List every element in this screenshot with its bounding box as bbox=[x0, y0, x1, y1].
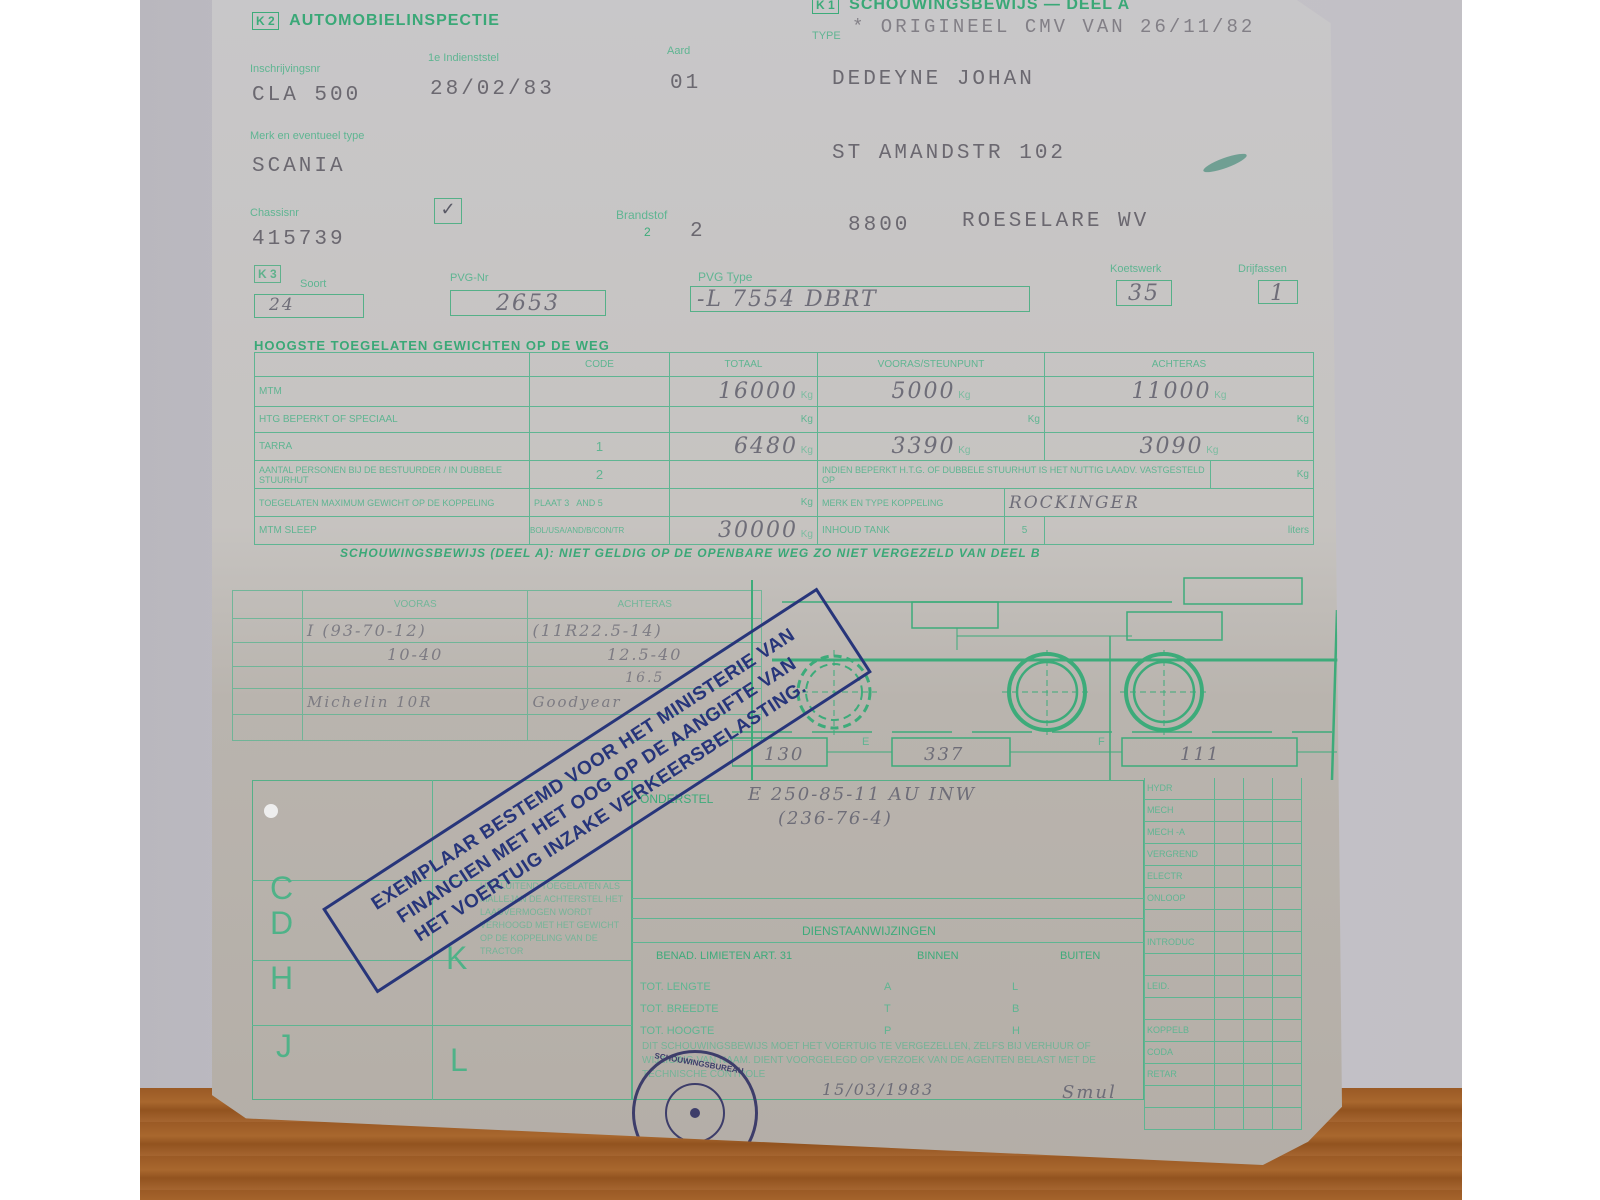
checklist-checkbox[interactable] bbox=[1215, 888, 1244, 909]
checklist-label: HYDR bbox=[1145, 778, 1215, 799]
service-date: 15/03/1983 bbox=[822, 1080, 934, 1099]
weights-table: CODE TOTAAL VOORAS/STEUNPUNT ACHTERAS MT… bbox=[254, 352, 1314, 545]
pvg-type-value: -L 7554 DBRT bbox=[697, 287, 878, 312]
checklist-label: RETAR bbox=[1145, 1064, 1215, 1085]
k2-section-header: K 2 AUTOMOBIELINSPECTIE bbox=[252, 12, 500, 30]
checklist-checkbox[interactable] bbox=[1215, 1064, 1244, 1085]
table-row: AANTAL PERSONEN BIJ DE BESTUURDER / IN D… bbox=[255, 461, 1314, 489]
k2-tag: K 2 bbox=[252, 12, 279, 30]
weights-header-row: CODE TOTAAL VOORAS/STEUNPUNT ACHTERAS bbox=[255, 353, 1314, 377]
service-heading: DIENSTAANWIJZINGEN bbox=[802, 924, 936, 938]
checklist-checkbox[interactable] bbox=[1244, 1108, 1273, 1129]
chassis-label: Chassisnr bbox=[250, 207, 299, 219]
k3-tag: K 3 bbox=[254, 265, 281, 283]
checklist-checkbox[interactable] bbox=[1215, 1086, 1244, 1107]
table-row: 10-4012.5-40 bbox=[233, 643, 762, 667]
owner-street: ST AMANDSTR 102 bbox=[832, 142, 1066, 165]
checklist-label: ONLOOP bbox=[1145, 888, 1215, 909]
checklist-grid: HYDRMECHMECH -AVERGRENDELECTRONLOOPINTRO… bbox=[1144, 778, 1302, 1138]
registration-value: CLA 500 bbox=[252, 84, 361, 107]
checklist-checkbox[interactable] bbox=[1244, 998, 1273, 1019]
owner-city: ROESELARE WV bbox=[962, 210, 1149, 233]
checklist-row: KOPPELB bbox=[1144, 1020, 1302, 1042]
checklist-checkbox[interactable] bbox=[1244, 954, 1273, 975]
dim-front-overhang: 130 bbox=[764, 744, 804, 765]
checklist-checkbox[interactable] bbox=[1273, 822, 1302, 843]
checklist-label: LEID. bbox=[1145, 976, 1215, 997]
checklist-checkbox[interactable] bbox=[1273, 1064, 1302, 1085]
koetswerk-label: Koetswerk bbox=[1110, 263, 1161, 275]
checklist-checkbox[interactable] bbox=[1244, 1086, 1273, 1107]
onderstel-value-2: (236-76-4) bbox=[778, 808, 893, 829]
checklist-checkbox[interactable] bbox=[1273, 954, 1302, 975]
make-label: Merk en eventueel type bbox=[250, 130, 364, 142]
checklist-row: VERGREND bbox=[1144, 844, 1302, 866]
checklist-label: MECH bbox=[1145, 800, 1215, 821]
category-letter-d: D bbox=[270, 905, 293, 942]
col-code: CODE bbox=[530, 353, 670, 377]
col-achteras: ACHTERAS bbox=[1045, 353, 1314, 377]
checklist-checkbox[interactable] bbox=[1273, 866, 1302, 887]
kind-value: 01 bbox=[670, 72, 701, 95]
checklist-label: VERGREND bbox=[1145, 844, 1215, 865]
checklist-checkbox[interactable] bbox=[1244, 800, 1273, 821]
checklist-checkbox[interactable] bbox=[1215, 932, 1244, 953]
first-use-date: 28/02/83 bbox=[430, 78, 555, 101]
kind-label: Aard bbox=[667, 45, 690, 57]
checklist-label bbox=[1145, 910, 1215, 931]
checklist-checkbox[interactable] bbox=[1215, 976, 1244, 997]
checklist-checkbox[interactable] bbox=[1244, 844, 1273, 865]
checklist-checkbox[interactable] bbox=[1215, 1042, 1244, 1063]
checklist-checkbox[interactable] bbox=[1215, 800, 1244, 821]
category-letter-h: H bbox=[270, 960, 293, 997]
checklist-row: MECH -A bbox=[1144, 822, 1302, 844]
checklist-checkbox[interactable] bbox=[1273, 932, 1302, 953]
checklist-label bbox=[1145, 998, 1215, 1019]
buiten-label: BUITEN bbox=[1060, 950, 1100, 962]
type-value: * ORIGINEEL CMV VAN 26/11/82 bbox=[852, 16, 1255, 38]
type-label: TYPE bbox=[812, 30, 841, 42]
soort-field: 24 bbox=[254, 294, 364, 318]
fuel-label: Brandstof bbox=[616, 208, 667, 222]
col-totaal: TOTAAL bbox=[670, 353, 818, 377]
table-row: I (93-70-12)(11R22.5-14) bbox=[233, 619, 762, 643]
checklist-checkbox[interactable] bbox=[1273, 976, 1302, 997]
binnen-label: BINNEN bbox=[917, 950, 959, 962]
checklist-row bbox=[1144, 910, 1302, 932]
category-letter-c: C bbox=[270, 870, 293, 907]
checklist-checkbox[interactable] bbox=[1215, 778, 1244, 799]
checklist-row: CODA bbox=[1144, 1042, 1302, 1064]
diagram-label-e: E bbox=[862, 736, 869, 748]
drijfassen-field: 1 bbox=[1258, 280, 1298, 304]
checklist-row: HYDR bbox=[1144, 778, 1302, 800]
checklist-checkbox[interactable] bbox=[1273, 1020, 1302, 1041]
checklist-row: LEID. bbox=[1144, 976, 1302, 998]
registration-label: Inschrijvingsnr bbox=[250, 63, 320, 75]
checklist-checkbox[interactable] bbox=[1215, 954, 1244, 975]
pvg-nr-label: PVG-Nr bbox=[450, 272, 489, 284]
k1-tag: K 1 bbox=[812, 0, 839, 14]
soort-value: 24 bbox=[269, 295, 295, 315]
checklist-checkbox[interactable] bbox=[1273, 1042, 1302, 1063]
checklist-checkbox[interactable] bbox=[1215, 844, 1244, 865]
k1-section-header: K 1 SCHOUWINGSBEWIJS — DEEL A bbox=[812, 0, 1130, 14]
table-row: HTG BEPERKT OF SPECIAAL Kg Kg Kg bbox=[255, 407, 1314, 433]
checklist-label bbox=[1145, 1086, 1215, 1107]
checklist-checkbox[interactable] bbox=[1215, 1108, 1244, 1129]
tow-code-grid: BOL/USA/AND/B/CON/TR bbox=[530, 517, 670, 545]
onderstel-value: E 250-85-11 AU INW bbox=[748, 784, 976, 805]
checklist-checkbox[interactable] bbox=[1215, 1020, 1244, 1041]
checklist-checkbox[interactable] bbox=[1244, 932, 1273, 953]
checklist-checkbox[interactable] bbox=[1244, 866, 1273, 887]
ink-smudge bbox=[1202, 150, 1249, 175]
checklist-row: ELECTR bbox=[1144, 866, 1302, 888]
checklist-row bbox=[1144, 998, 1302, 1020]
checklist-row bbox=[1144, 1108, 1302, 1130]
punch-hole bbox=[264, 804, 278, 818]
checklist-checkbox[interactable] bbox=[1273, 778, 1302, 799]
signature: Smul bbox=[1062, 1082, 1117, 1103]
checklist-label bbox=[1145, 1108, 1215, 1129]
checklist-label bbox=[1145, 954, 1215, 975]
checklist-checkbox[interactable] bbox=[1244, 1020, 1273, 1041]
table-row: TOEGELATEN MAXIMUM GEWICHT OP DE KOPPELI… bbox=[255, 489, 1314, 517]
checklist-checkbox[interactable] bbox=[1244, 888, 1273, 909]
checklist-checkbox[interactable] bbox=[1244, 778, 1273, 799]
weights-heading: HOOGSTE TOEGELATEN GEWICHTEN OP DE WEG bbox=[254, 338, 610, 353]
limits-label: BENAD. LIMIETEN ART. 31 bbox=[656, 950, 792, 962]
limits-rows: TOT. LENGTE TOT. BREEDTE TOT. HOOGTE bbox=[640, 976, 719, 1042]
checklist-checkbox[interactable] bbox=[1273, 888, 1302, 909]
pvg-type-field: -L 7554 DBRT bbox=[690, 286, 1030, 312]
checklist-label: INTRODUC bbox=[1145, 932, 1215, 953]
checklist-checkbox[interactable] bbox=[1244, 1042, 1273, 1063]
pvg-nr-value: 2653 bbox=[496, 291, 560, 316]
drijfassen-value: 1 bbox=[1270, 281, 1286, 306]
checklist-label: ELECTR bbox=[1145, 866, 1215, 887]
checklist-row: INTRODUC bbox=[1144, 932, 1302, 954]
checklist-checkbox[interactable] bbox=[1273, 1108, 1302, 1129]
checklist-checkbox[interactable] bbox=[1273, 1086, 1302, 1107]
checklist-row: ONLOOP bbox=[1144, 888, 1302, 910]
k1-title: SCHOUWINGSBEWIJS — DEEL A bbox=[849, 0, 1130, 13]
coupling-value: ROCKINGER bbox=[1009, 493, 1140, 513]
checklist-row bbox=[1144, 1086, 1302, 1108]
checklist-checkbox[interactable] bbox=[1273, 910, 1302, 931]
pvg-type-label: PVG Type bbox=[698, 270, 752, 284]
checklist-checkbox[interactable] bbox=[1215, 910, 1244, 931]
fuel-code: 2 bbox=[644, 225, 651, 239]
checklist-checkbox[interactable] bbox=[1273, 800, 1302, 821]
k2-title: AUTOMOBIELINSPECTIE bbox=[289, 12, 500, 29]
checklist-label: MECH -A bbox=[1145, 822, 1215, 843]
checklist-checkbox[interactable] bbox=[1244, 910, 1273, 931]
checklist-row bbox=[1144, 954, 1302, 976]
col-vooras: VOORAS/STEUNPUNT bbox=[818, 353, 1045, 377]
deel-a-validity-notice: SCHOUWINGSBEWIJS (DEEL A): NIET GELDIG O… bbox=[340, 546, 1041, 560]
checklist-checkbox[interactable] bbox=[1244, 1064, 1273, 1085]
checklist-checkbox[interactable] bbox=[1215, 998, 1244, 1019]
diagram-label-f: F bbox=[1098, 736, 1105, 748]
checklist-checkbox[interactable] bbox=[1273, 998, 1302, 1019]
checklist-row: MECH bbox=[1144, 800, 1302, 822]
soort-label: Soort bbox=[300, 278, 326, 290]
checklist-label: KOPPELB bbox=[1145, 1020, 1215, 1041]
owner-name: DEDEYNE JOHAN bbox=[832, 68, 1035, 91]
checklist-checkbox[interactable] bbox=[1244, 976, 1273, 997]
dim-rear-overhang: 111 bbox=[1180, 744, 1220, 765]
dim-wheelbase: 337 bbox=[924, 744, 964, 765]
table-row: TARRA 1 6480 Kg 3390 Kg 3090 Kg bbox=[255, 433, 1314, 461]
table-row: MTM 16000 Kg 5000 Kg 11000 Kg bbox=[255, 377, 1314, 407]
fuel-value: 2 bbox=[690, 220, 706, 243]
checklist-checkbox[interactable] bbox=[1273, 844, 1302, 865]
checklist-label: CODA bbox=[1145, 1042, 1215, 1063]
limited-payload-note: INDIEN BEPERKT H.T.G. OF DUBBELE STUURHU… bbox=[818, 461, 1211, 489]
koetswerk-value: 35 bbox=[1128, 281, 1160, 306]
category-letter-j: J bbox=[276, 1028, 292, 1065]
table-row: MTM SLEEP BOL/USA/AND/B/CON/TR 30000 Kg … bbox=[255, 517, 1314, 545]
checklist-checkbox[interactable] bbox=[1215, 866, 1244, 887]
koetswerk-field: 35 bbox=[1116, 280, 1172, 306]
make-value: SCANIA bbox=[252, 155, 346, 178]
chassis-value: 415739 bbox=[252, 228, 346, 251]
checklist-checkbox[interactable] bbox=[1215, 822, 1244, 843]
checklist-checkbox[interactable] bbox=[1244, 822, 1273, 843]
category-letter-l: L bbox=[450, 1042, 468, 1079]
pvg-nr-field: 2653 bbox=[450, 290, 606, 316]
checklist-row: RETAR bbox=[1144, 1064, 1302, 1086]
category-checkbox[interactable]: ✓ bbox=[434, 198, 462, 224]
first-use-label: 1e Indienststel bbox=[428, 52, 499, 64]
drijfassen-label: Drijfassen bbox=[1238, 263, 1287, 275]
owner-postcode: 8800 bbox=[848, 214, 910, 237]
